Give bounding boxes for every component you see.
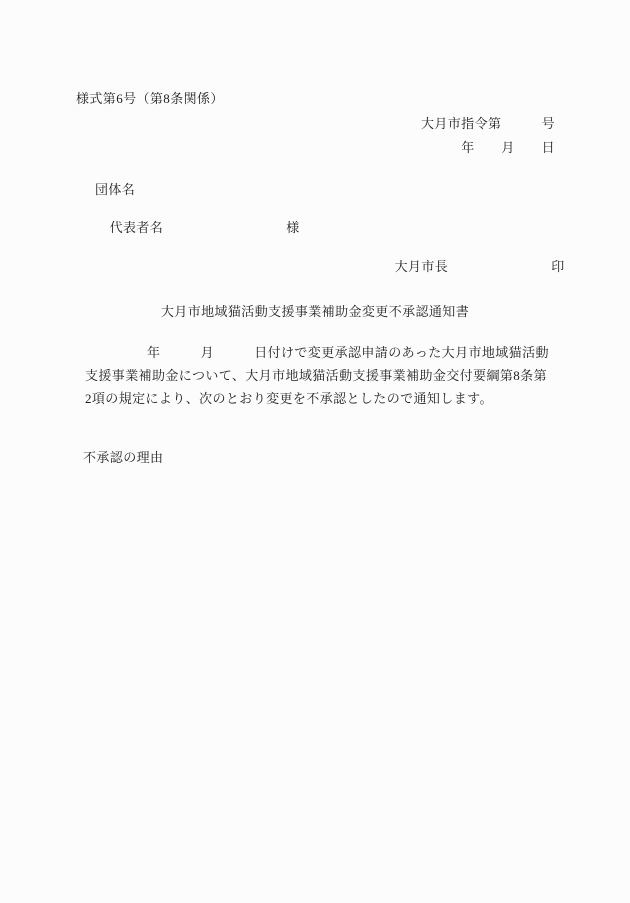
organization-name-label: 団体名	[95, 182, 135, 197]
document-page: 様式第6号（第8条関係） 大月市指令第 号 年 月 日 団体名 代表者名様 大月…	[0, 0, 630, 903]
seal-mark: 印	[551, 259, 564, 274]
representative-name-label: 代表者名	[110, 220, 164, 235]
issue-date-line: 年 月 日	[461, 140, 555, 155]
form-number: 様式第6号（第8条関係）	[76, 91, 224, 106]
reason-heading: 不承認の理由	[83, 450, 163, 465]
document-title: 大月市地域猫活動支援事業補助金変更不承認通知書	[0, 304, 630, 319]
body-paragraph: 年 月 日付けで変更承認申請のあった大月市地域猫活動 支援事業補助金について、大…	[85, 341, 567, 411]
honorific-suffix: 様	[286, 220, 299, 235]
representative-line: 代表者名様	[95, 205, 300, 250]
mayor-title: 大月市長	[395, 259, 449, 274]
body-line: 年 月 日付けで変更承認申請のあった大月市地域猫活動	[85, 341, 567, 364]
directive-number-line: 大月市指令第 号	[421, 116, 555, 131]
issuer-line: 大月市長印	[380, 244, 565, 289]
body-line: 支援事業補助金について、大月市地域猫活動支援事業補助金交付要綱第8条第	[85, 364, 567, 387]
body-line: 2項の規定により、次のとおり変更を不承認としたので通知します。	[85, 387, 567, 410]
